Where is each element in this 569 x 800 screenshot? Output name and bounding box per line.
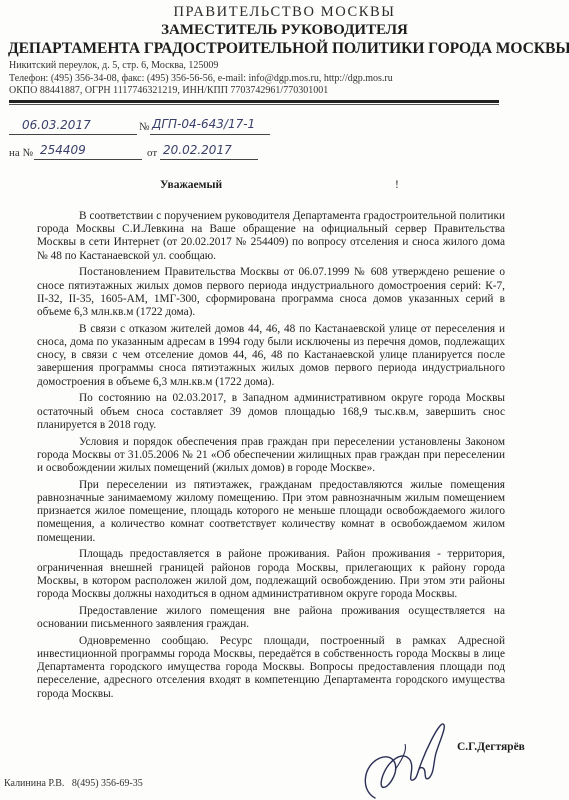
letterhead-department: ДЕПАРТАМЕНТА ГРАДОСТРОИТЕЛЬНОЙ ПОЛИТИКИ … — [8, 40, 569, 58]
executor-phone: 8(495) 356-69-35 — [72, 778, 143, 789]
greeting-exclamation: ! — [395, 179, 399, 191]
letterhead-position: ЗАМЕСТИТЕЛЬ РУКОВОДИТЕЛЯ — [0, 22, 569, 39]
letterhead-rule-thin — [9, 104, 499, 105]
greeting: Уважаемый — [160, 179, 222, 191]
outgoing-date: 06.03.2017 — [22, 118, 91, 132]
letterhead-registry: ОКПО 88441887, ОГРН 1117746321219, ИНН/К… — [9, 85, 328, 96]
letter-body: В соответствии с поручением руководителя… — [37, 210, 505, 704]
paragraph: Условия и порядок обеспечения прав гражд… — [37, 436, 505, 476]
reply-from-label: от — [147, 147, 157, 159]
paragraph: При переселении из пятиэтажек, гражданам… — [37, 479, 505, 545]
paragraph: Одновременно сообщаю. Ресурс площади, по… — [37, 635, 505, 701]
outgoing-number-line — [150, 134, 270, 135]
executor-name: Калинина Р.В. — [4, 778, 64, 789]
letterhead-org: ПРАВИТЕЛЬСТВО МОСКВЫ — [0, 4, 569, 21]
outgoing-date-line — [9, 134, 137, 135]
reply-to-date-line — [160, 159, 258, 160]
reply-to-number: 254409 — [40, 143, 86, 157]
letterhead-address: Никитский переулок, д. 5, стр. 6, Москва… — [9, 60, 218, 71]
letterhead-rule-thick — [9, 100, 499, 103]
paragraph: Постановлением Правительства Москвы от 0… — [37, 266, 505, 319]
outgoing-number-label: № — [139, 121, 150, 133]
signer-name: С.Г.Дегтярёв — [457, 741, 525, 753]
paragraph: Площадь предоставляется в районе прожива… — [37, 548, 505, 601]
executor-info: Калинина Р.В. 8(495) 356-69-35 — [4, 778, 143, 789]
letterhead-contacts: Телефон: (495) 356-34-08, факс: (495) 35… — [9, 73, 393, 84]
paragraph: Предоставление жилого помещения вне райо… — [37, 605, 505, 631]
paragraph: В связи с отказом жителей домов 44, 46, … — [37, 323, 505, 389]
handwritten-signature-icon — [355, 720, 450, 800]
paragraph: В соответствии с поручением руководителя… — [37, 210, 505, 263]
reply-to-label: на № — [9, 147, 33, 159]
outgoing-number: ДГП-04-643/17-1 — [152, 117, 255, 131]
reply-to-date: 20.02.2017 — [163, 143, 232, 157]
paragraph: По состоянию на 02.03.2017, в Западном а… — [37, 392, 505, 432]
letter-page: ПРАВИТЕЛЬСТВО МОСКВЫ ЗАМЕСТИТЕЛЬ РУКОВОД… — [0, 0, 569, 800]
reply-to-number-line — [34, 159, 142, 160]
